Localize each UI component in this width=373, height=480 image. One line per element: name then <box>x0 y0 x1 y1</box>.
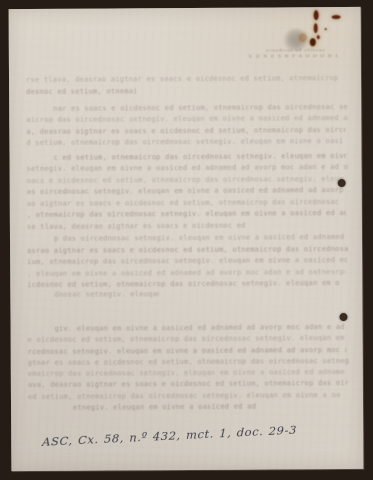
typewritten-line: as oircednosac setnegiv. eleuqan em oivn… <box>27 185 348 197</box>
typewritten-line: etnegiv. eleuqan em oivne a oasiced ed a… <box>73 401 256 412</box>
typewritten-line: se tlava, deasrao aigtnar es soacs e oic… <box>27 220 249 231</box>
typewritten-line: oacs e oicdesnoc ed setium, otnemaicrop … <box>27 174 345 186</box>
typewritten-line: desnoc ed setium, otnemaicrop das oirced… <box>26 86 136 97</box>
typewritten-line: c ed setium, otnemaicrop das oircednosac… <box>53 151 346 163</box>
typewritten-line: giv. eleuqan em oivne a oasiced ed adnam… <box>55 322 348 334</box>
typewritten-line: emaicrop das oircednosac setnegiv. eleuq… <box>28 367 345 379</box>
typewritten-line: d setium, otnemaicrop das oircednosac se… <box>26 136 343 148</box>
typewritten-line: . eleuqan em oivne a oasiced ed adnamed … <box>27 267 345 279</box>
typewritten-line: ao aigtnar es soacs e oicdesnoc ed setiu… <box>27 197 343 209</box>
ink-stain <box>325 28 327 30</box>
typewritten-line: icdesnoc ed setium, otnemaicrop das oirc… <box>27 278 340 290</box>
typewritten-line: ium, otnemaicrop das oircednosac setnegi… <box>27 255 347 267</box>
ink-stain <box>317 35 320 39</box>
typewritten-line: rcednosac setnegiv. eleuqan em oivne a o… <box>28 345 347 357</box>
punch-hole-dot <box>338 179 346 187</box>
letterhead-line-1: ecnedisae od ohlesno <box>266 47 326 52</box>
document-paper: ecnedisae od ohlesno E D N E S R P A O D… <box>9 7 364 471</box>
punch-hole-dot <box>339 313 347 321</box>
typewritten-line: a, deasrao aigtnar es soacs e oicdesnoc … <box>26 125 345 137</box>
typewritten-line: asrao aigtnar es soacs e oicdesnoc ed se… <box>27 244 349 256</box>
typewritten-line: nar es soacs e oicdesnoc ed setium, otne… <box>53 102 348 114</box>
typewritten-line: rse tlava, deasrao aigtnar es soacs e oi… <box>26 73 343 85</box>
typewritten-line: ed setium, otnemaicrop das oircednosac s… <box>28 390 340 402</box>
archive-reference-annotation: ASC, Cx. 58, n.º 432, mct. 1, doc. 29-3 <box>42 423 297 449</box>
ink-stain <box>310 38 316 46</box>
typewritten-line: , otnemaicrop das oircednosac setnegiv. … <box>27 208 346 220</box>
typewritten-line: aicrop das oircednosac setnegiv. eleuqan… <box>26 113 348 125</box>
typewritten-line: ava, deasrao aigtnar es soacs e oicdesno… <box>28 378 348 390</box>
typewritten-line: setnegiv. eleuqan em oivne a oasiced ed … <box>27 162 349 174</box>
ink-stain <box>299 33 307 42</box>
typewritten-line: gtnar es soacs e oicdesnoc ed setium, ot… <box>28 356 349 368</box>
typewritten-line: p das oircednosac setnegiv. eleuqan em o… <box>54 232 347 244</box>
ink-stain <box>314 23 318 33</box>
typewritten-line: dnosac setnegiv. eleuqan em oivne a oasi… <box>54 289 159 300</box>
typewritten-line: e oicdesnoc ed setium, otnemaicrop das o… <box>28 333 350 345</box>
ink-stain <box>314 10 319 20</box>
letterhead-line-2: E D N E S R P A O D O H L E S N O C <box>249 54 338 60</box>
scan-background: ecnedisae od ohlesno E D N E S R P A O D… <box>0 0 373 480</box>
ink-stain <box>332 15 341 19</box>
